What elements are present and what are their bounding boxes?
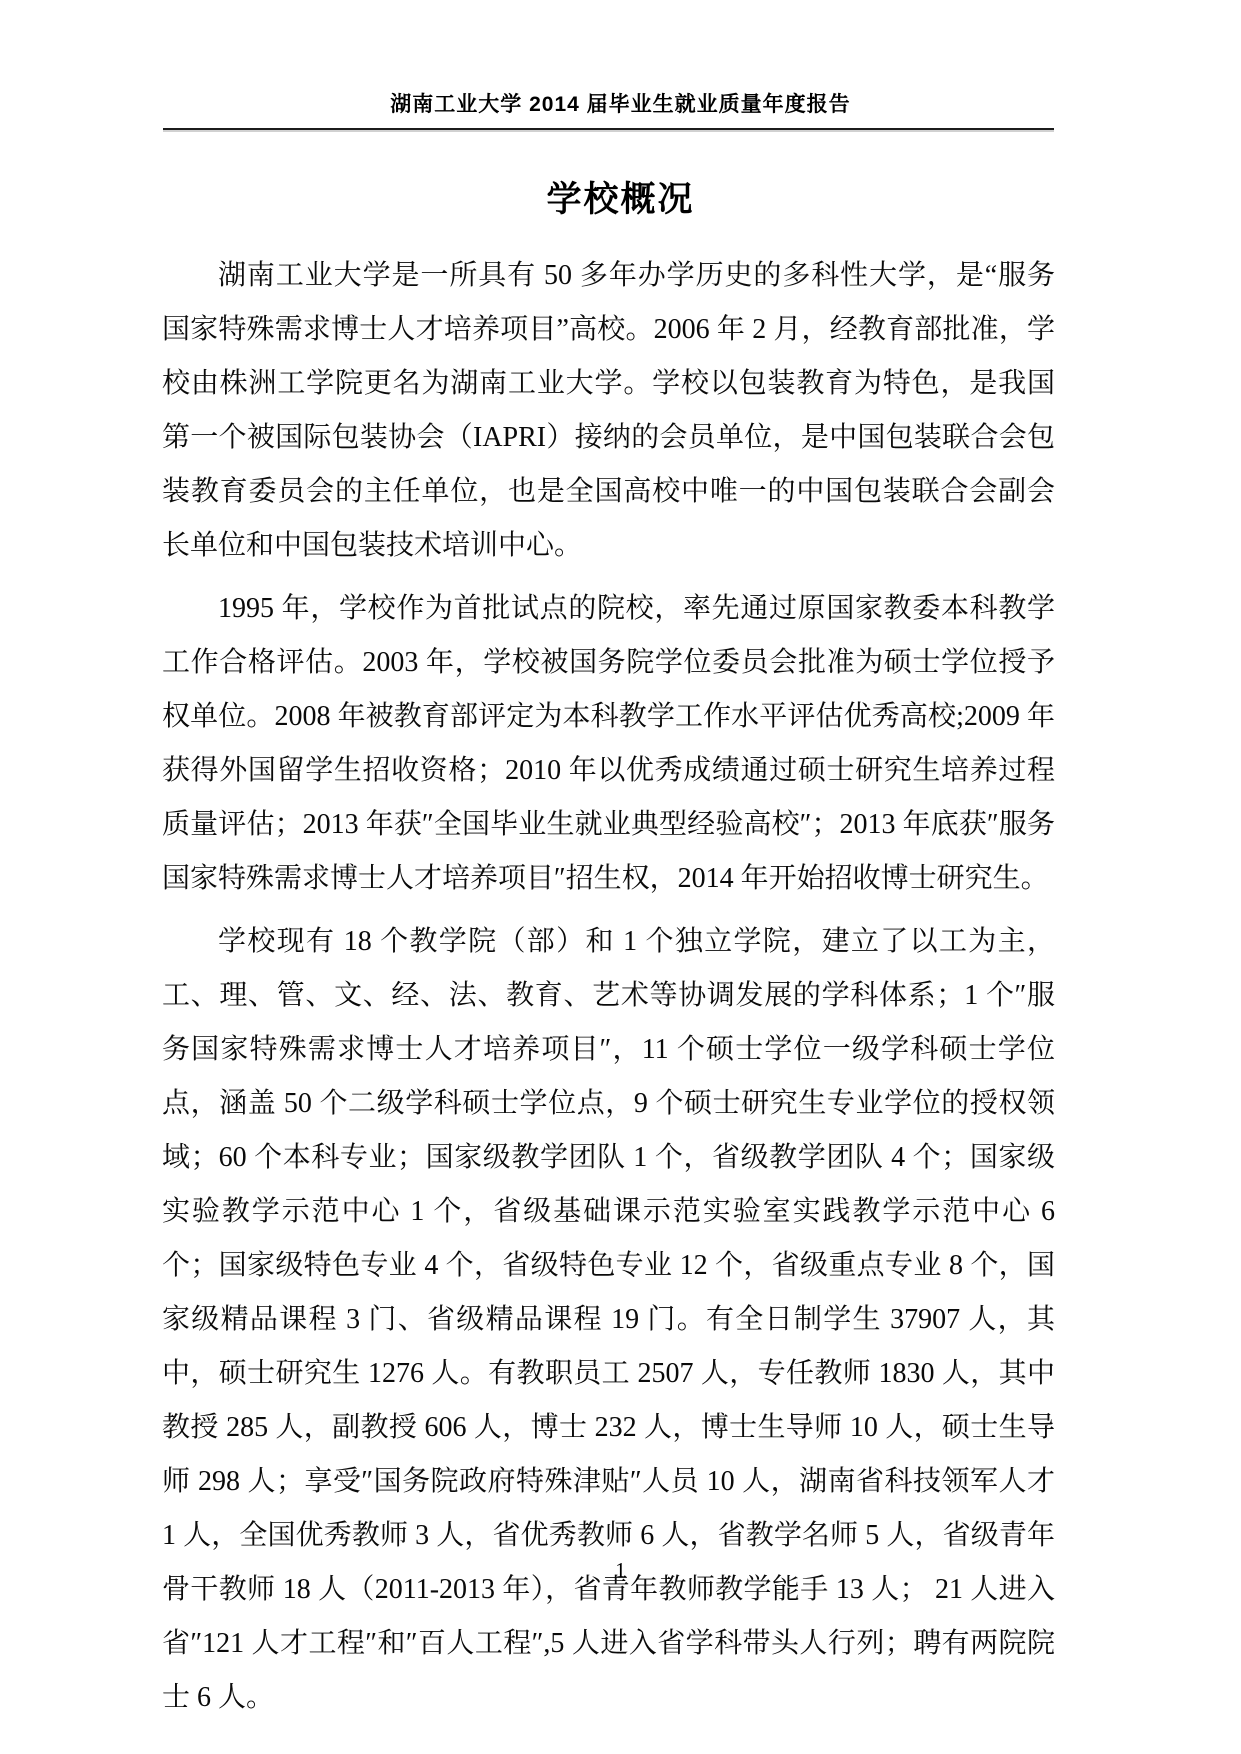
page-number: 1 (0, 1558, 1241, 1583)
section-title: 学校概况 (0, 172, 1241, 222)
paragraph-statistics: 学校现有 18 个教学院（部）和 1 个独立学院，建立了以工为主，工、理、管、文… (162, 915, 1055, 1725)
paragraph-milestones: 1995 年，学校作为首批试点的院校，率先通过原国家教委本科教学工作合格评估。2… (162, 582, 1055, 906)
paragraph-school-intro: 湖南工业大学是一所具有 50 多年办学历史的多科性大学，是“服务国家特殊需求博士… (162, 249, 1055, 573)
document-page: 湖南工业大学 2014 届毕业生就业质量年度报告 学校概况 湖南工业大学是一所具… (0, 0, 1241, 1754)
running-header: 湖南工业大学 2014 届毕业生就业质量年度报告 (0, 0, 1241, 118)
document-body: 湖南工业大学是一所具有 50 多年办学历史的多科性大学，是“服务国家特殊需求博士… (162, 249, 1055, 1725)
header-rule (163, 128, 1054, 130)
